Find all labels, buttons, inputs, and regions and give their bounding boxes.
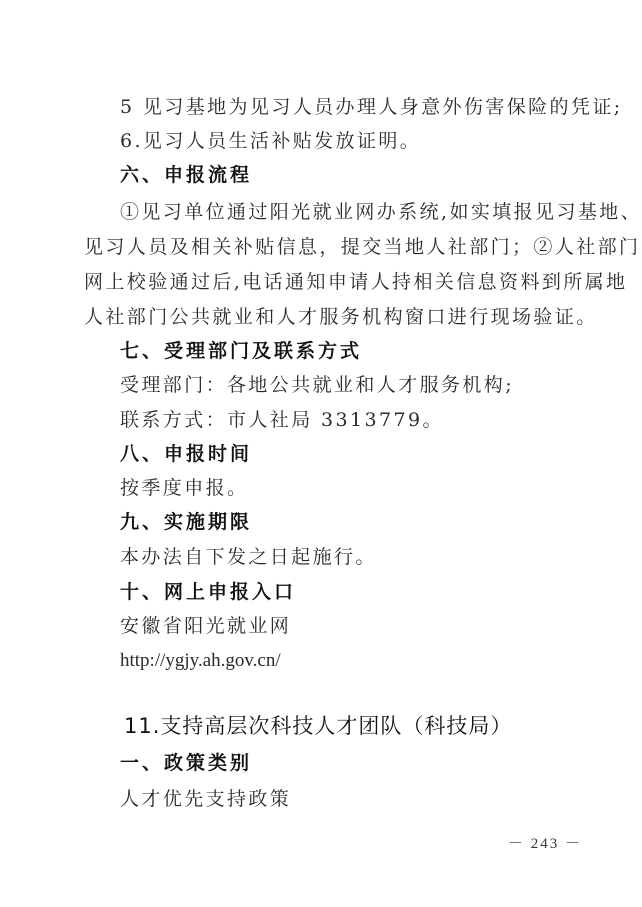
list-item-subsidy-proof: 6.见习人员生活补贴发放证明。 bbox=[120, 129, 421, 153]
accepting-department: 受理部门：各地公共就业和人才服务机构; bbox=[120, 373, 514, 397]
contact-info: 联系方式：市人社局 3313779。 bbox=[120, 408, 444, 432]
paragraph-line: 人社部门公共就业和人才服务机构窗口进行现场验证。 bbox=[84, 305, 598, 329]
paragraph-line: 见习人员及相关补贴信息，提交当地人社部门；②人社部门 bbox=[84, 235, 640, 259]
paragraph-line: 网上校验通过后,电话通知申请人持相关信息资料到所属地 bbox=[84, 270, 627, 294]
section-heading-policy-category: 一、政策类别 bbox=[120, 751, 252, 775]
online-entry-site-name: 安徽省阳光就业网 bbox=[120, 614, 291, 638]
policy-category: 人才优先支持政策 bbox=[120, 787, 291, 811]
section-heading-implementation-period: 九、实施期限 bbox=[120, 510, 252, 534]
section-heading-online-entry: 十、网上申报入口 bbox=[120, 580, 296, 604]
paragraph-line: ①见习单位通过阳光就业网办系统,如实填报见习基地、 bbox=[120, 200, 642, 224]
application-time: 按季度申报。 bbox=[120, 476, 248, 500]
policy-item-title: 11.支持高层次科技人才团队（科技局） bbox=[124, 714, 512, 738]
section-heading-application-process: 六、申报流程 bbox=[120, 163, 252, 187]
section-heading-departments-contact: 七、受理部门及联系方式 bbox=[120, 339, 362, 363]
page-number: － 243 － bbox=[508, 832, 582, 853]
implementation-period: 本办法自下发之日起施行。 bbox=[120, 545, 377, 569]
section-heading-application-time: 八、申报时间 bbox=[120, 442, 252, 466]
online-entry-url-link[interactable]: http://ygjy.ah.gov.cn/ bbox=[120, 649, 281, 673]
list-item-insurance-certificate: 5 见习基地为见习人员办理人身意外伤害保险的凭证; bbox=[120, 95, 623, 119]
